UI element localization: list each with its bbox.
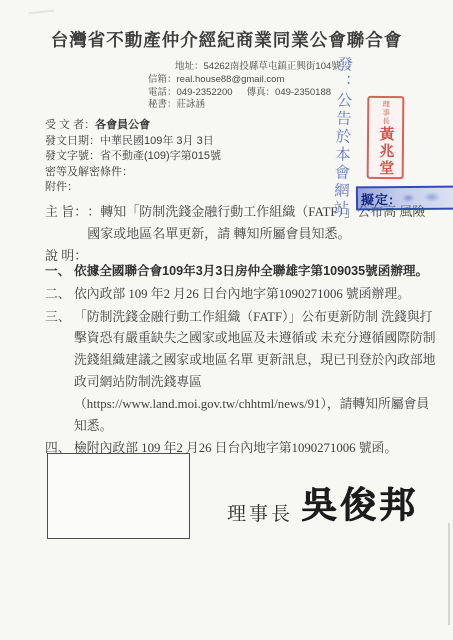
attachment-line: 附件： bbox=[45, 180, 221, 196]
draft-stamp-signature-smudge bbox=[398, 191, 450, 205]
name-stamp-title: 理事長 bbox=[382, 100, 390, 126]
attachment-label: 附件： bbox=[45, 181, 78, 193]
doc-number-line: 發文字號：省不動產(109)字第015號 bbox=[45, 149, 221, 165]
chairman-title: 理事長 bbox=[227, 499, 293, 526]
chairman-name: 吳俊邦 bbox=[301, 477, 418, 528]
name-stamp: 理事長 黃兆堂 bbox=[367, 96, 405, 179]
issue-date-line: 發文日期：中華民國109年 3月 3日 bbox=[45, 134, 221, 150]
contact-block: 地址：54262南投縣草屯鎮正興街104號 信箱：real.house88@gm… bbox=[148, 61, 341, 112]
address-label: 地址： bbox=[175, 61, 204, 72]
recipient-line: 受 文 者：各會員公會 bbox=[45, 118, 221, 134]
item-number: 一、 bbox=[45, 261, 74, 283]
draft-stamp-label: 擬定: bbox=[358, 189, 395, 208]
organization-title: 台灣省不動產仲介經紀商業同業公會聯合會 bbox=[0, 27, 453, 52]
doc-number-value: 省不動產(109)字第015號 bbox=[100, 150, 221, 162]
explanation-list: 一、 依據全國聯合會109年3月3日房仲全聯雄字第109035號函辦理。 二、 … bbox=[45, 261, 443, 461]
list-item: 三、 「防制洗錢金融行動工作組織（FATF）」公布更新防制 洗錢與打擊資恐有嚴重… bbox=[45, 307, 443, 438]
email-line: 信箱：real.house88@gmail.com bbox=[148, 74, 341, 87]
phone-value: 049-2352200 bbox=[177, 87, 233, 98]
recipient-value: 各會員公會 bbox=[95, 119, 150, 131]
subject-label: 主 旨： bbox=[45, 201, 87, 223]
address-value: 54262南投縣草屯鎮正興街104號 bbox=[204, 61, 341, 72]
fax-value: 049-2350188 bbox=[275, 87, 331, 98]
scanned-official-letter: 台灣省不動產仲介經紀商業同業公會聯合會 地址：54262南投縣草屯鎮正興街104… bbox=[0, 0, 453, 640]
recipient-label: 受 文 者： bbox=[45, 119, 95, 131]
issue-date-label: 發文日期： bbox=[45, 135, 100, 147]
item-text: 「防制洗錢金融行動工作組織（FATF）」公布更新防制 洗錢與打擊資恐有嚴重缺失之… bbox=[74, 307, 440, 438]
email-value: real.house88@gmail.com bbox=[177, 74, 285, 85]
scan-artifact bbox=[27, 1, 54, 15]
draft-approval-stamp: 擬定: bbox=[356, 186, 453, 211]
secretary-label: 秘書： bbox=[148, 99, 177, 110]
item-text: 依內政部 109 年2 月26 日台內地字第1090271006 號函辦理。 bbox=[74, 284, 440, 306]
scan-edge-artifact bbox=[448, 523, 450, 625]
item-text: 依據全國聯合會109年3月3日房仲全聯雄字第109035號函辦理。 bbox=[74, 261, 440, 283]
issue-date-value: 中華民國109年 3月 3日 bbox=[100, 135, 214, 147]
list-item: 一、 依據全國聯合會109年3月3日房仲全聯雄字第109035號函辦理。 bbox=[45, 261, 443, 283]
security-label: 密等及解密條件： bbox=[45, 166, 133, 178]
fax-label: 傳真： bbox=[247, 87, 276, 98]
phone-fax-line: 電話：049-2352200傳真：049-2350188 bbox=[148, 87, 341, 100]
name-stamp-name: 黃兆堂 bbox=[377, 125, 393, 176]
secretary-line: 秘書：莊詠涵 bbox=[148, 99, 341, 112]
seal-box bbox=[47, 453, 190, 539]
item-number: 二、 bbox=[45, 284, 74, 306]
doc-number-label: 發文字號： bbox=[45, 150, 100, 162]
item-number: 三、 bbox=[45, 307, 74, 329]
phone-label: 電話： bbox=[148, 87, 177, 98]
email-label: 信箱： bbox=[148, 74, 177, 85]
address-line: 地址：54262南投縣草屯鎮正興街104號 bbox=[175, 61, 341, 74]
security-line: 密等及解密條件： bbox=[45, 165, 221, 181]
list-item: 二、 依內政部 109 年2 月26 日台內地字第1090271006 號函辦理… bbox=[45, 284, 443, 306]
document-meta-block: 受 文 者：各會員公會 發文日期：中華民國109年 3月 3日 發文字號：省不動… bbox=[45, 118, 221, 196]
secretary-value: 莊詠涵 bbox=[177, 99, 206, 110]
